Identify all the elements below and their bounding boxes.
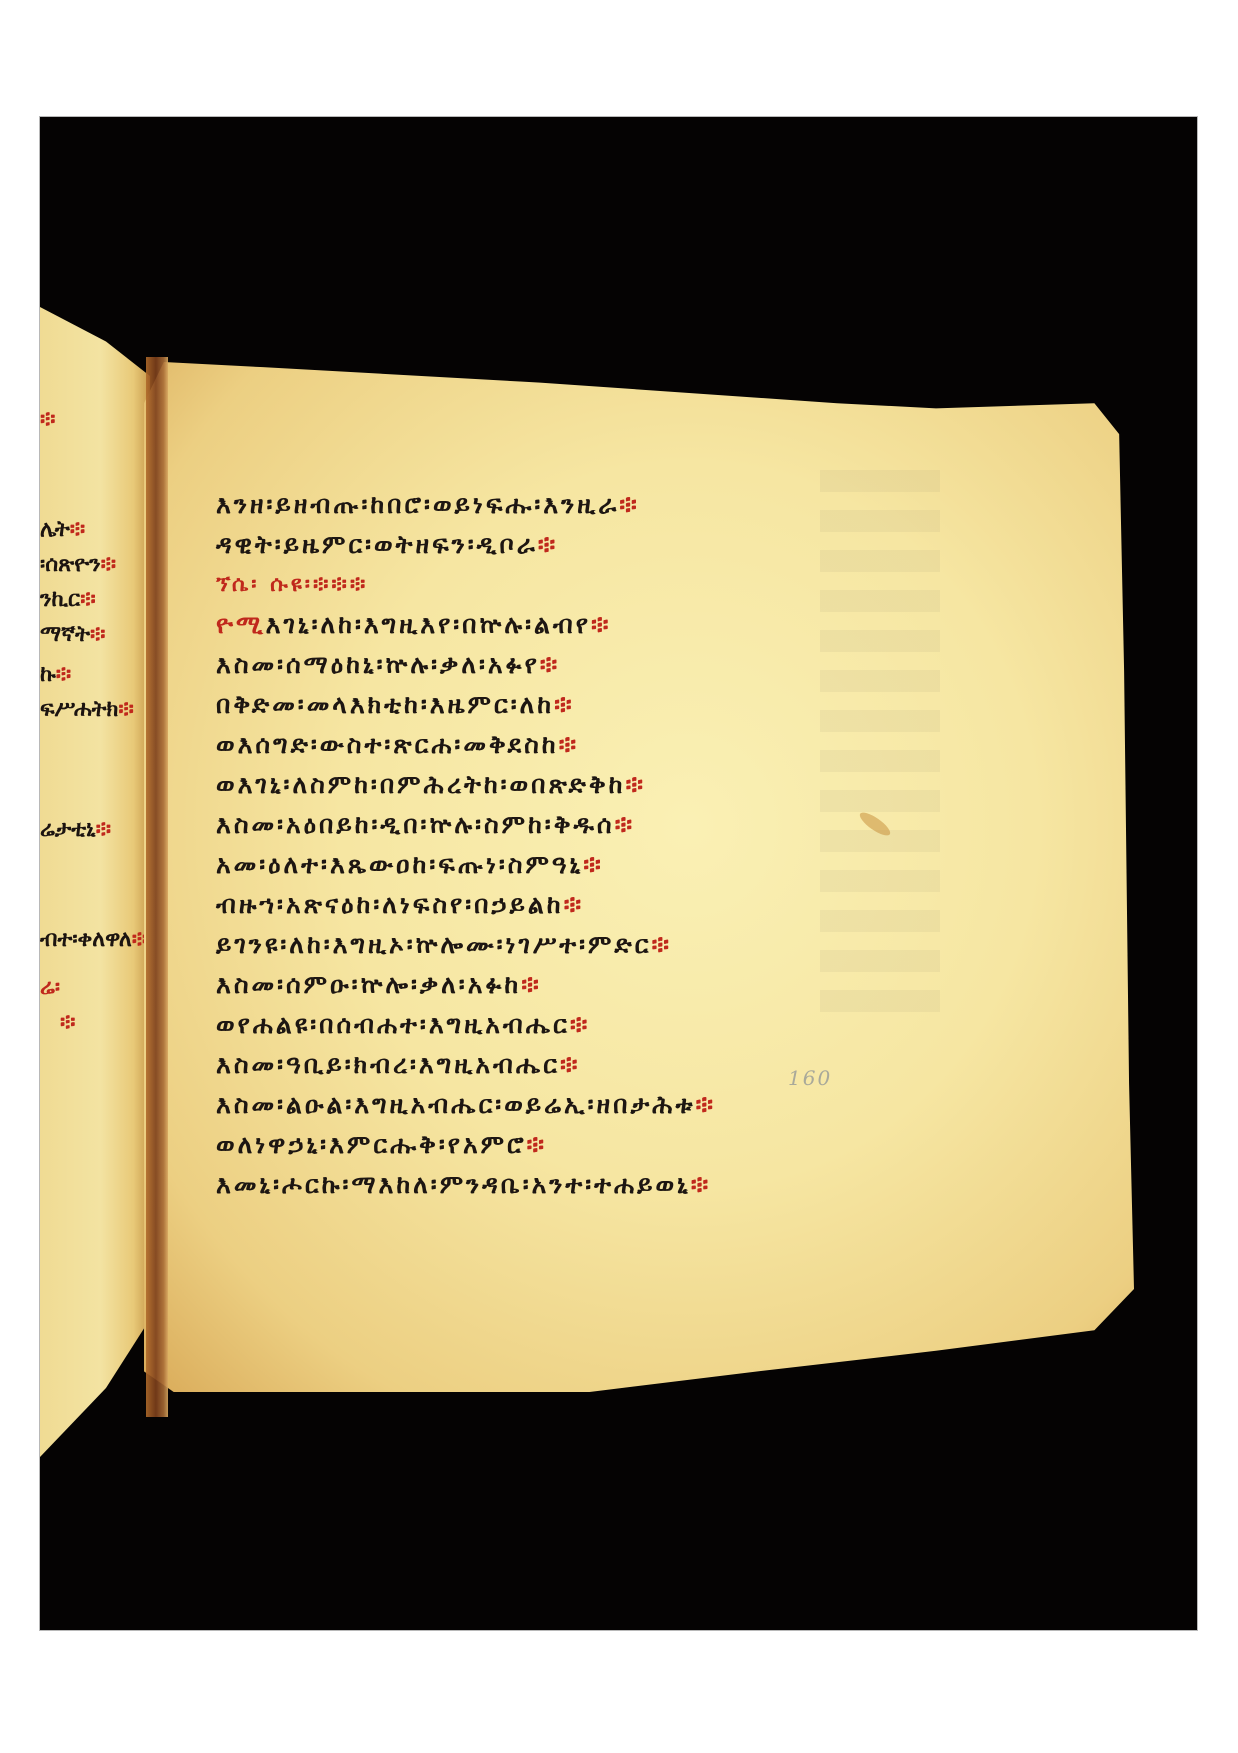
manuscript-line: ወለነዋኃኒ፡እምርሑቅ፡የአምሮ፨: [216, 1125, 956, 1165]
left-page-line: ፡ሰጽዮን፨: [40, 552, 116, 577]
manuscript-line: እስመ፡ሰምዑ፡ኵሎ፡ቃለ፡አፉከ፨: [216, 965, 956, 1005]
manuscript-line: እስመ፡ልዑል፡እግዚአብሔር፡ወይሬኢ፡ዘበታሕቱ፨: [216, 1085, 956, 1125]
left-page-line: ፍሥሐትክ፨: [40, 697, 134, 722]
left-page-line: ብተ፡ቀለዋለ፨: [40, 927, 147, 952]
manuscript-line: ዳዊት፡ይዜምር፡ወትዘፍን፡ዲቦራ፨: [216, 525, 956, 565]
left-page-line: ፨: [60, 1010, 75, 1035]
left-page-line: ሌት፨: [40, 517, 85, 542]
manuscript-line: ብዙኀ፡አጽናዕከ፡ለነፍስየ፡በኃይልከ፨: [216, 885, 956, 925]
left-page-line: ፨: [40, 407, 55, 432]
manuscript-line: እንዘ፡ይዘብጡ፡ከበሮ፡ወይነፍሑ፡እንዚራ፨: [216, 485, 956, 525]
rubric-heading: ኘሴ፡ ሱዩ፡፨፨፨: [216, 565, 956, 605]
folio-number: 160: [788, 1066, 832, 1090]
manuscript-line: ወእሰግድ፡ውስተ፡ጽርሐ፡መቅደስከ፨: [216, 725, 956, 765]
manuscript-line: ወእገኒ፡ለስምከ፡በምሕረትከ፡ወበጽድቅከ፨: [216, 765, 956, 805]
manuscript-line: ይገንዩ፡ለከ፡እግዚኦ፡ኵሎሙ፡ነገሥተ፡ምድር፨: [216, 925, 956, 965]
manuscript-line: አመ፡ዕለተ፡እጼውዐከ፡ፍጡነ፡ስምዓኒ፨: [216, 845, 956, 885]
manuscript-line: ዮሚእገኒ፡ለከ፡እግዚእየ፡በኵሉ፡ልብየ፨: [216, 605, 956, 645]
left-page-line: ማኛት፨: [40, 622, 105, 647]
manuscript-line: እመኒ፡ሖርኩ፡ማእከለ፡ምንዳቤ፡አንተ፡ተሐይወኒ፨: [216, 1165, 956, 1205]
left-page-line: ሬታቲኒ፨: [40, 817, 111, 842]
left-page-fragment: ፨ ሌት፨ ፡ሰጽዮን፨ ንኪር፨ ማኛት፨ ኩ፨ ፍሥሐትክ፨ ሬታቲኒ፨ ብ…: [40, 307, 150, 1457]
manuscript-line: እስመ፡ሰማዕከኒ፡ኵሉ፡ቃለ፡አፉየ፨: [216, 645, 956, 685]
manuscript-line: እስመ፡ዓቢይ፡ክብረ፡እግዚአብሔር፨: [216, 1045, 956, 1085]
manuscript-line: እስመ፡አዕበይከ፡ዲበ፡ኵሉ፡ስምከ፡ቅዱሰ፨: [216, 805, 956, 845]
manuscript-line: ወየሐልዩ፡በሰብሐተ፡እግዚአብሔር፨: [216, 1005, 956, 1045]
left-page-line: ኩ፨: [40, 662, 71, 687]
manuscript-text-block: እንዘ፡ይዘብጡ፡ከበሮ፡ወይነፍሑ፡እንዚራ፨ ዳዊት፡ይዜምር፡ወትዘፍን፡…: [216, 485, 956, 1205]
manuscript-line: በቅድመ፡መላእክቲከ፡እዜምር፡ለከ፨: [216, 685, 956, 725]
left-page-line: ሬ፡: [40, 975, 60, 1000]
binding-gutter: [146, 357, 168, 1417]
left-page-line: ንኪር፨: [40, 587, 96, 612]
